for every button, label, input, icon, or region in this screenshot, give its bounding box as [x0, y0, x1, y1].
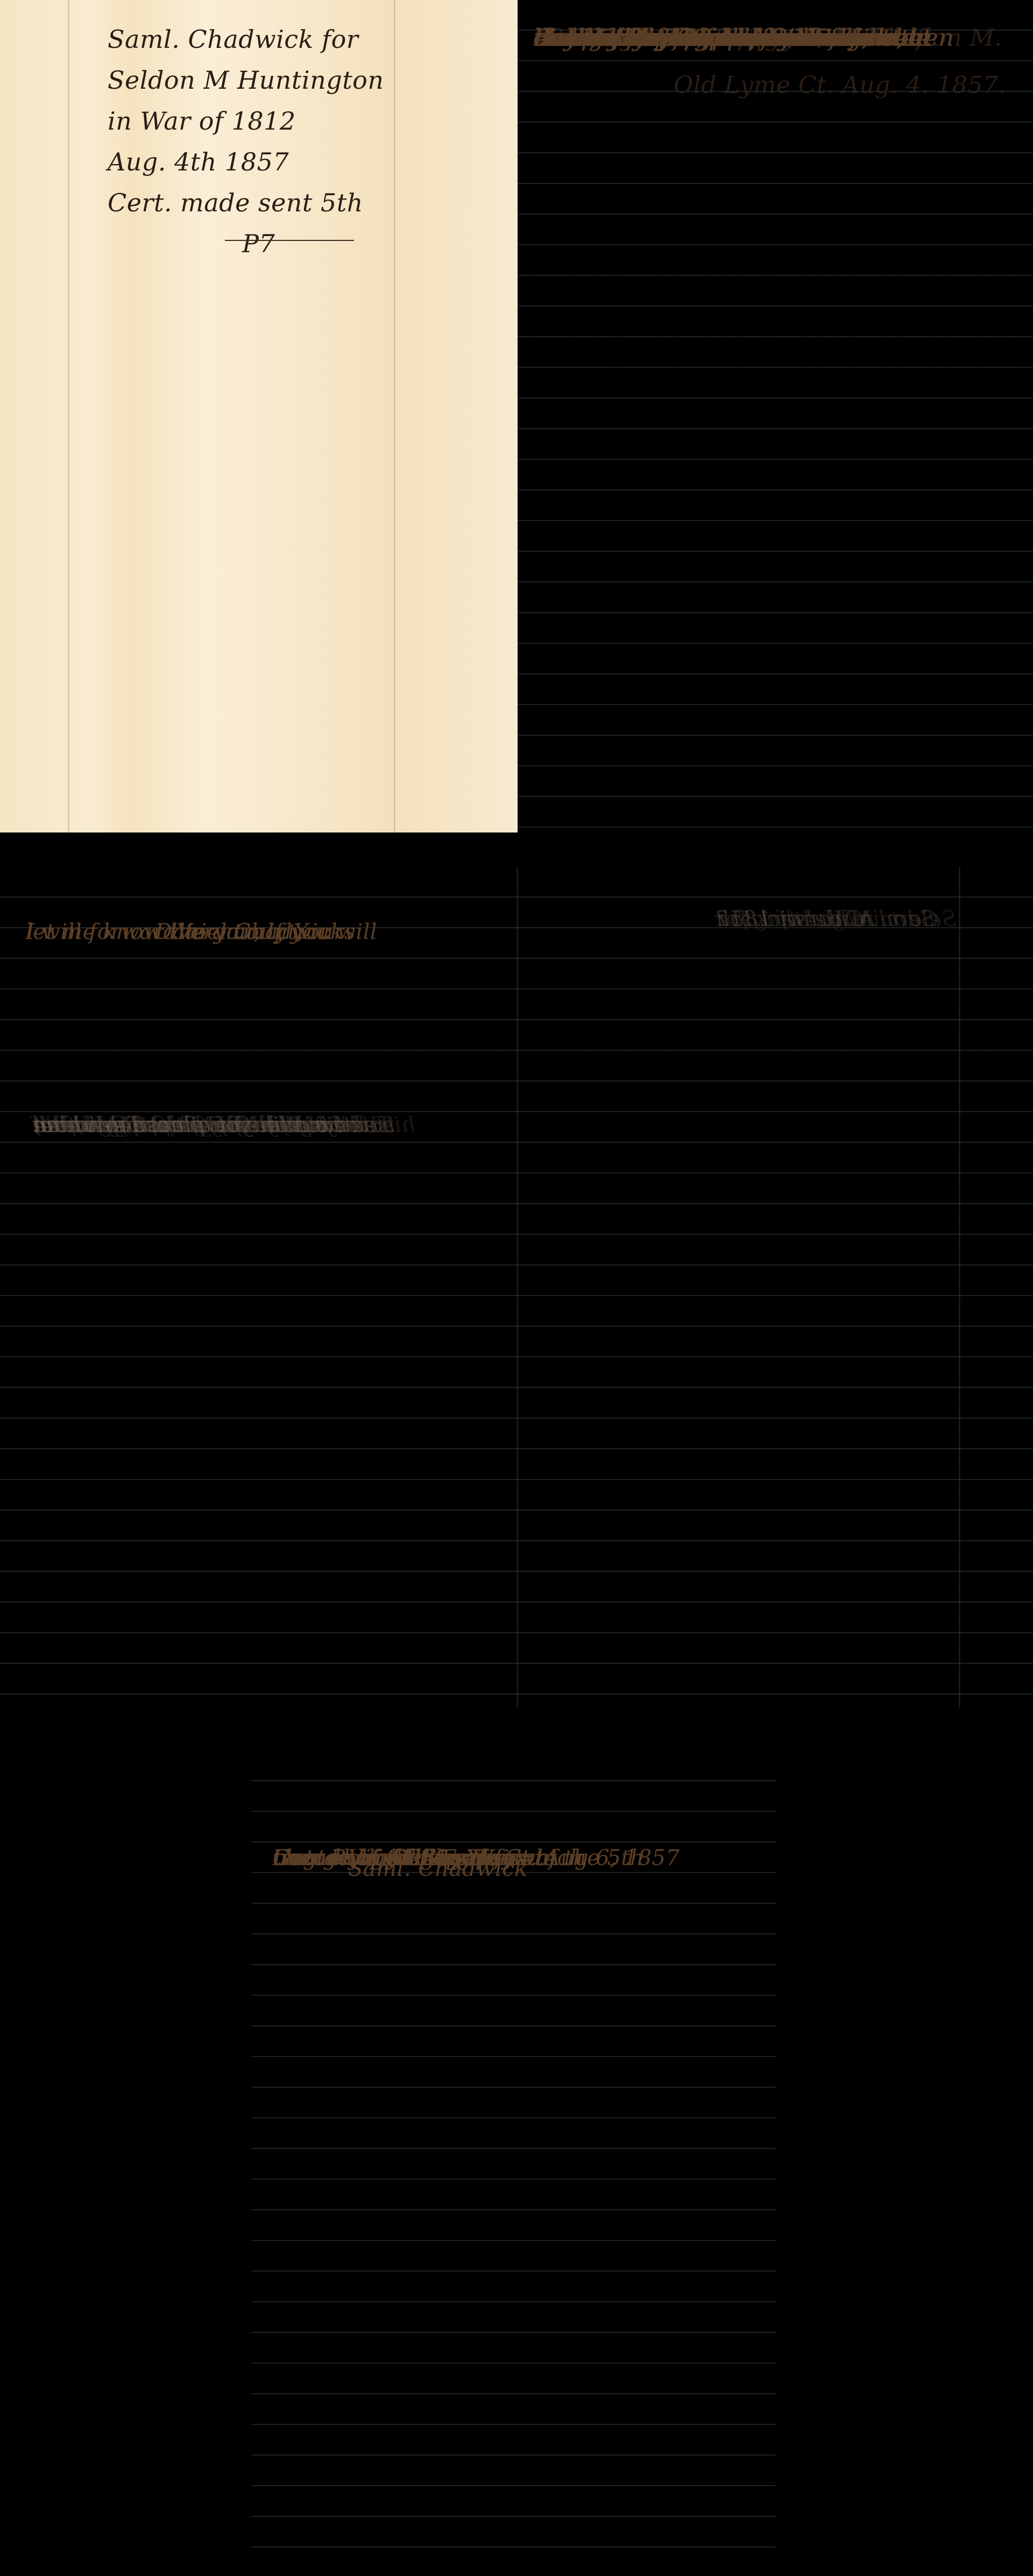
docket-line: P7	[242, 223, 519, 264]
fold-crease	[394, 0, 395, 832]
scan-panel-2: I will forward to you, if you will let m…	[0, 867, 1033, 1707]
body-line: charge for trouble in the matter	[534, 16, 927, 60]
fold-crease	[516, 867, 518, 1707]
docket-outer-page: Saml. Chadwick for Seldon M Huntington i…	[0, 0, 518, 832]
docket-line: Seldon M Huntington	[108, 60, 384, 101]
fold-crease	[68, 0, 69, 832]
scan-panel-3: Old Lyme Ct. Aug 6, 1857 Geo. Robinson E…	[0, 1750, 1033, 2576]
place-date: Old Lyme Ct. Aug. 4. 1857.	[534, 63, 1006, 108]
signature: Saml. Chadwick	[273, 1853, 528, 1885]
docket-line: in War of 1812	[108, 101, 384, 141]
letter-page-2: I will forward to you, if you will let m…	[0, 867, 1033, 1707]
letter-page-1: Cert. Sent Aug 5th 7 dw Old Lyme Ct. Aug…	[518, 0, 1033, 832]
docket-underline	[225, 240, 354, 241]
separator-band	[0, 832, 1033, 867]
scan-panel-1: Saml. Chadwick for Seldon M Huntington i…	[0, 0, 1033, 832]
docket-text: Saml. Chadwick for Seldon M Huntington i…	[108, 19, 384, 264]
docket-line: Cert. made sent 5th	[108, 182, 384, 223]
signature: Daniel Chadwick	[26, 915, 344, 949]
ghost-line: days, will you please send me	[32, 1104, 364, 1147]
docket-line: Aug. 4th 1857	[108, 141, 384, 182]
fold-crease	[959, 867, 960, 1707]
docket-line: Saml. Chadwick for	[108, 19, 384, 60]
separator-band	[0, 1707, 1033, 1750]
reply-letter-page: Old Lyme Ct. Aug 6, 1857 Geo. Robinson E…	[251, 1750, 776, 2576]
ghost-line: Cert. made sent 5th	[716, 899, 938, 939]
